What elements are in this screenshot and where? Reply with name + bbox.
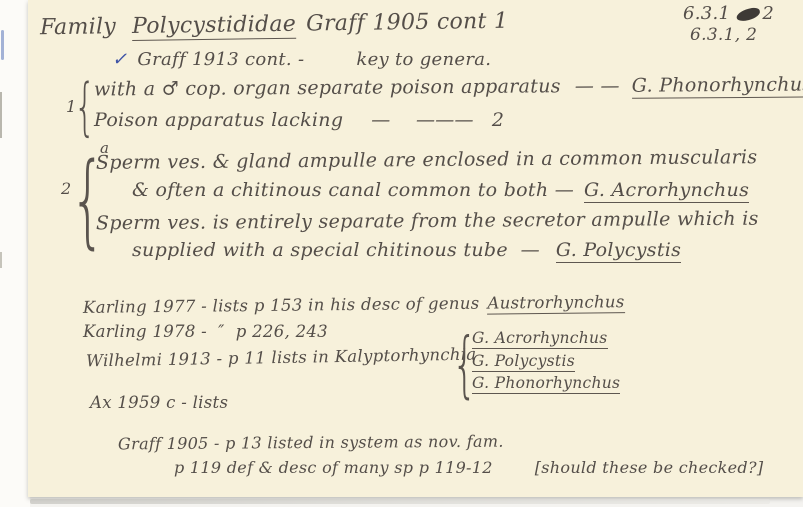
title-authority: Graff 1905 cont 1 — [306, 9, 508, 37]
genus-name-phonorhynchus: G. Phonorhynchus — [632, 73, 803, 98]
scan-artifact-gray-mark — [0, 92, 2, 138]
scan-left-margin — [0, 0, 30, 507]
lead-dash: — ——— — [371, 109, 474, 131]
reference-wilhelmi-1913: Wilhelmi 1913 - p 11 lists in Kalyptorhy… — [86, 346, 477, 372]
wilhelmi-genus-item: G. Phonorhynchus — [472, 375, 620, 393]
couplet1-target-number: 2 — [492, 109, 504, 131]
wilhelmi-genus-item: G. Polycystis — [472, 353, 575, 371]
subtitle-left: Graff 1913 cont. - — [137, 49, 304, 70]
reference-ax-1959: Ax 1959 c - lists — [90, 394, 228, 413]
corner-code-pre: 6.3.1 — [683, 3, 730, 24]
couplet2-line2-text: & often a chitinous canal common to both… — [132, 179, 574, 201]
reference-text: Karling 1977 - lists p 153 in his desc o… — [83, 294, 480, 317]
ink-blot — [736, 6, 762, 22]
checkmark-icon: ✓ — [112, 49, 127, 70]
couplet1-line1: with a ♂ cop. organ separate poison appa… — [94, 74, 803, 101]
reference-karling-1977: Karling 1977 - lists p 153 in his desc o… — [83, 293, 625, 318]
corner-code-line2: 6.3.1, 2 — [690, 26, 757, 46]
footer-pages-note: p 119 def & desc of many sp p 119-12[sho… — [174, 459, 763, 477]
genus-name-austrorhynchus: Austrorhynchus — [487, 292, 624, 314]
footer-pages-text: p 119 def & desc of many sp p 119-12 — [174, 458, 493, 477]
footer-graff-note: Graff 1905 - p 13 listed in system as no… — [118, 433, 504, 454]
couplet2-line3: Sperm ves. is entirely separate from the… — [96, 209, 759, 235]
corner-code-post: 2 — [762, 3, 774, 24]
reference-karling-1978: Karling 1978 - ″ p 226, 243 — [83, 323, 328, 342]
lead-dash: — — — [575, 75, 620, 97]
couplet1-line2-text: Poison apparatus lacking — [94, 109, 343, 131]
couplet2-line1: Sperm ves. & gland ampulle are enclosed … — [96, 147, 758, 175]
scan-artifact-gray-mark — [0, 252, 2, 268]
couplet1-brace: { — [74, 76, 96, 138]
genus-name-phonorhynchus: G. Phonorhynchus — [472, 374, 620, 394]
corner-code-line1: 6.3.12 — [683, 4, 774, 25]
genus-name-polycystis: G. Polycystis — [472, 352, 575, 372]
index-card: 6.3.12 6.3.1, 2 FamilyPolycystididaeGraf… — [28, 0, 803, 497]
subtitle-line: ✓Graff 1913 cont. -key to genera. — [112, 50, 491, 71]
family-label: Family — [40, 14, 116, 40]
genus-name-polycystis: G. Polycystis — [556, 239, 681, 263]
scan-bottom-shadow — [30, 499, 770, 504]
subtitle-right: key to genera. — [356, 49, 491, 70]
footer-question-note: [should these be checked?] — [535, 458, 764, 477]
couplet2-line4-text: supplied with a special chitinous tube — — [132, 239, 540, 261]
card-title: FamilyPolycystididaeGraff 1905 cont 1 — [40, 9, 509, 41]
genus-name-acrorhynchus: G. Acrorhynchus — [472, 329, 608, 349]
scan-artifact-blue-mark — [1, 30, 4, 60]
genus-name-acrorhynchus: G. Acrorhynchus — [584, 179, 749, 203]
family-name: Polycystididae — [132, 12, 296, 41]
couplet1-line1-text: with a ♂ cop. organ separate poison appa… — [94, 75, 561, 100]
couplet1-line2: Poison apparatus lacking— ———2 — [94, 110, 504, 132]
wilhelmi-genus-item: G. Acrorhynchus — [472, 330, 608, 348]
couplet2-line4: supplied with a special chitinous tube —… — [132, 240, 681, 262]
couplet2-line2: & often a chitinous canal common to both… — [132, 180, 749, 202]
